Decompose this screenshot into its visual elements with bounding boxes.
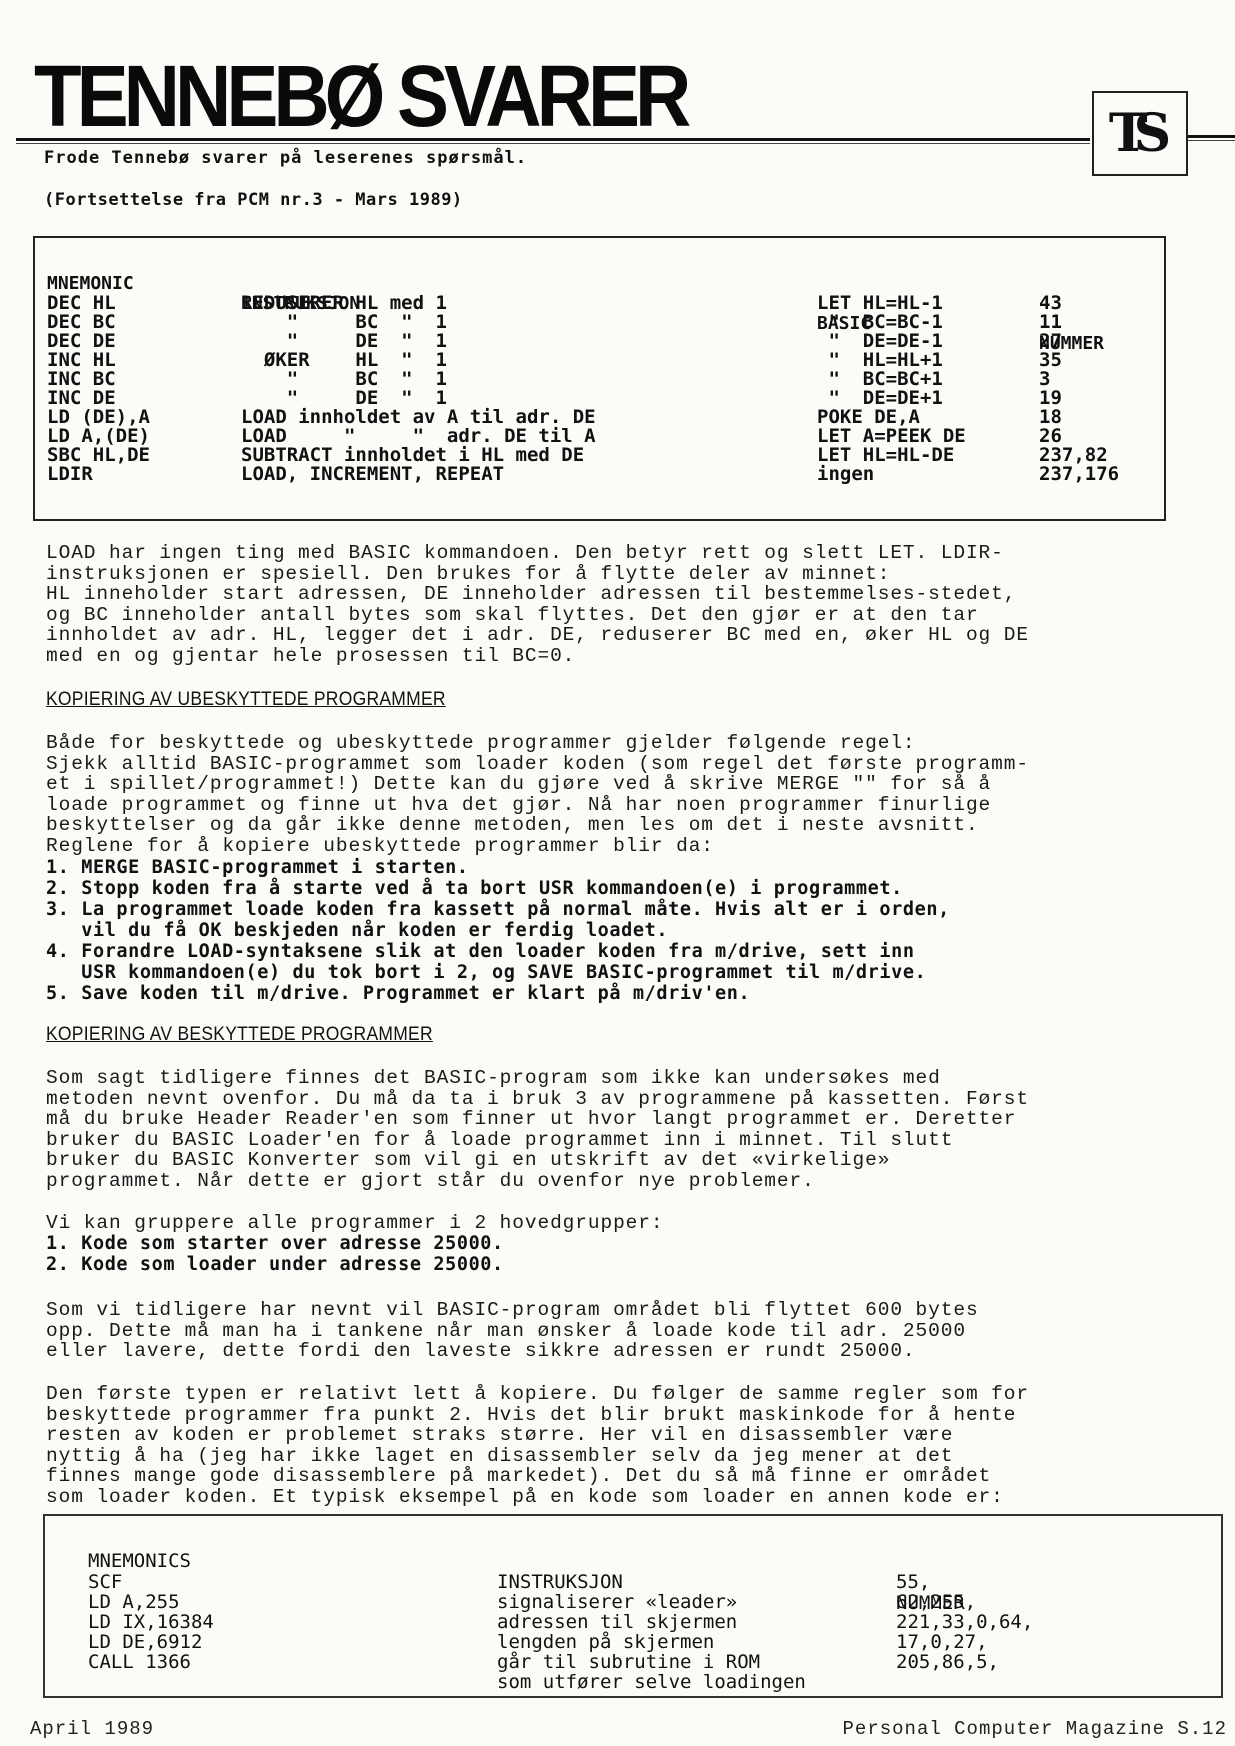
mnemonic-cell: INC BC — [47, 369, 116, 389]
mnemonic-cell: DEC DE — [47, 331, 116, 351]
instruction-cell: SUBTRACT innholdet i HL med DE — [241, 445, 584, 465]
instruction-cell: LOAD, INCREMENT, REPEAT — [241, 464, 504, 484]
instruction-cell: LOAD innholdet av A til adr. DE — [241, 407, 596, 427]
header-mnemonics: MNEMONICS — [88, 1551, 191, 1572]
footer-page: Personal Computer Magazine S.12 — [843, 1718, 1227, 1740]
section2-paragraph-1: Som sagt tidligere finnes det BASIC-prog… — [46, 1068, 1226, 1191]
instruction-cell: " DE " 1 — [241, 388, 447, 408]
basic-cell: " DE=DE-1 — [817, 331, 943, 351]
masthead-title: TENNEBØ SVARER — [34, 52, 686, 139]
basic-cell: " HL=HL+1 — [817, 350, 943, 370]
mnemonic-cell: SCF — [88, 1572, 122, 1593]
basic-cell: LET HL=HL-DE — [817, 445, 954, 465]
basic-cell: ingen — [817, 464, 874, 484]
instruction-cell: går til subrutine i ROM — [497, 1652, 760, 1673]
mnemonic-cell: CALL 1366 — [88, 1652, 191, 1673]
ts-logo: TS — [1092, 91, 1188, 176]
number-cell: 11 — [1039, 312, 1062, 332]
copy-steps-list: 1. MERGE BASIC-programmet i starten. 2. … — [46, 857, 950, 1004]
intro-paragraph: LOAD har ingen ting med BASIC kommandoen… — [46, 543, 1226, 666]
basic-cell: LET HL=HL-1 — [817, 293, 943, 313]
table-header: MNEMONIC INSTRUKSJON BASIC NUMMER — [35, 254, 78, 274]
instruction-cell: " DE " 1 — [241, 331, 447, 351]
mnemonic-cell: LD DE,6912 — [88, 1632, 202, 1653]
basic-cell: LET A=PEEK DE — [817, 426, 966, 446]
number-cell: 27 — [1039, 331, 1062, 351]
loader-code-table: MNEMONICS INSTRUKSJON NUMMER SCF55,LD A,… — [43, 1514, 1223, 1698]
number-cell: 62,255, — [896, 1592, 976, 1613]
number-cell: 237,82 — [1039, 445, 1108, 465]
mnemonic-cell: LD A,(DE) — [47, 426, 150, 446]
masthead-rule-right — [1188, 135, 1235, 141]
subtitle: Frode Tennebø svarer på leserenes spørsm… — [44, 148, 527, 168]
footer-date: April 1989 — [30, 1718, 154, 1740]
masthead: TENNEBØ SVARER — [34, 52, 686, 130]
mnemonic-cell: INC DE — [47, 388, 116, 408]
number-cell: 26 — [1039, 426, 1062, 446]
mnemonic-cell: DEC HL — [47, 293, 116, 313]
basic-cell: " BC=BC+1 — [817, 369, 943, 389]
mnemonic-cell: DEC BC — [47, 312, 116, 332]
number-cell: 205,86,5, — [896, 1652, 999, 1673]
instruction-table: MNEMONIC INSTRUKSJON BASIC NUMMER DEC HL… — [33, 236, 1166, 521]
basic-cell: " BC=BC-1 — [817, 312, 943, 332]
instruction-cell: LOAD " " adr. DE til A — [241, 426, 596, 446]
ts-logo-icon: TS — [1109, 103, 1171, 164]
instruction-cell: lengden på skjermen — [497, 1632, 714, 1653]
mnemonic-cell: LD (DE),A — [47, 407, 150, 427]
header-mnemonic: MNEMONIC — [47, 274, 134, 294]
header-instruction: INSTRUKSJON — [497, 1572, 623, 1593]
instruction-cell: ØKER HL " 1 — [241, 350, 447, 370]
instruction-cell: adressen til skjermen — [497, 1612, 737, 1633]
mnemonic-cell: INC HL — [47, 350, 116, 370]
table-header: MNEMONICS INSTRUKSJON NUMMER — [45, 1530, 91, 1551]
section2-paragraph-2: Som vi tidligere har nevnt vil BASIC-pro… — [46, 1300, 1226, 1362]
section-heading-protected: KOPIERING AV BESKYTTEDE PROGRAMMER — [46, 1024, 433, 1046]
continuation-note: (Fortsettelse fra PCM nr.3 - Mars 1989) — [44, 190, 463, 210]
basic-cell: " DE=DE+1 — [817, 388, 943, 408]
groups-intro: Vi kan gruppere alle programmer i 2 hove… — [46, 1213, 1226, 1234]
number-cell: 17,0,27, — [896, 1632, 988, 1653]
mnemonic-cell: LD IX,16384 — [88, 1612, 214, 1633]
number-cell: 237,176 — [1039, 464, 1119, 484]
instruction-cell: " BC " 1 — [241, 312, 447, 332]
instruction-cell: som utfører selve loadingen — [497, 1672, 806, 1693]
instruction-cell: signaliserer «leader» — [497, 1592, 737, 1613]
section1-paragraph: Både for beskyttede og ubeskyttede progr… — [46, 733, 1226, 856]
number-cell: 19 — [1039, 388, 1062, 408]
mnemonic-cell: SBC HL,DE — [47, 445, 150, 465]
mnemonic-cell: LD A,255 — [88, 1592, 180, 1613]
number-cell: 35 — [1039, 350, 1062, 370]
instruction-cell: " BC " 1 — [241, 369, 447, 389]
groups-list: 1. Kode som starter over adresse 25000. … — [46, 1233, 504, 1275]
number-cell: 18 — [1039, 407, 1062, 427]
instruction-cell: REDUSERER HL med 1 — [241, 293, 447, 313]
number-cell: 43 — [1039, 293, 1062, 313]
section2-paragraph-3: Den første typen er relativt lett å kopi… — [46, 1384, 1226, 1507]
number-cell: 221,33,0,64, — [896, 1612, 1033, 1633]
masthead-rule — [16, 138, 1090, 144]
section-heading-unprotected: KOPIERING AV UBESKYTTEDE PROGRAMMER — [46, 689, 446, 711]
basic-cell: POKE DE,A — [817, 407, 920, 427]
number-cell: 55, — [896, 1572, 930, 1593]
mnemonic-cell: LDIR — [47, 464, 93, 484]
number-cell: 3 — [1039, 369, 1050, 389]
